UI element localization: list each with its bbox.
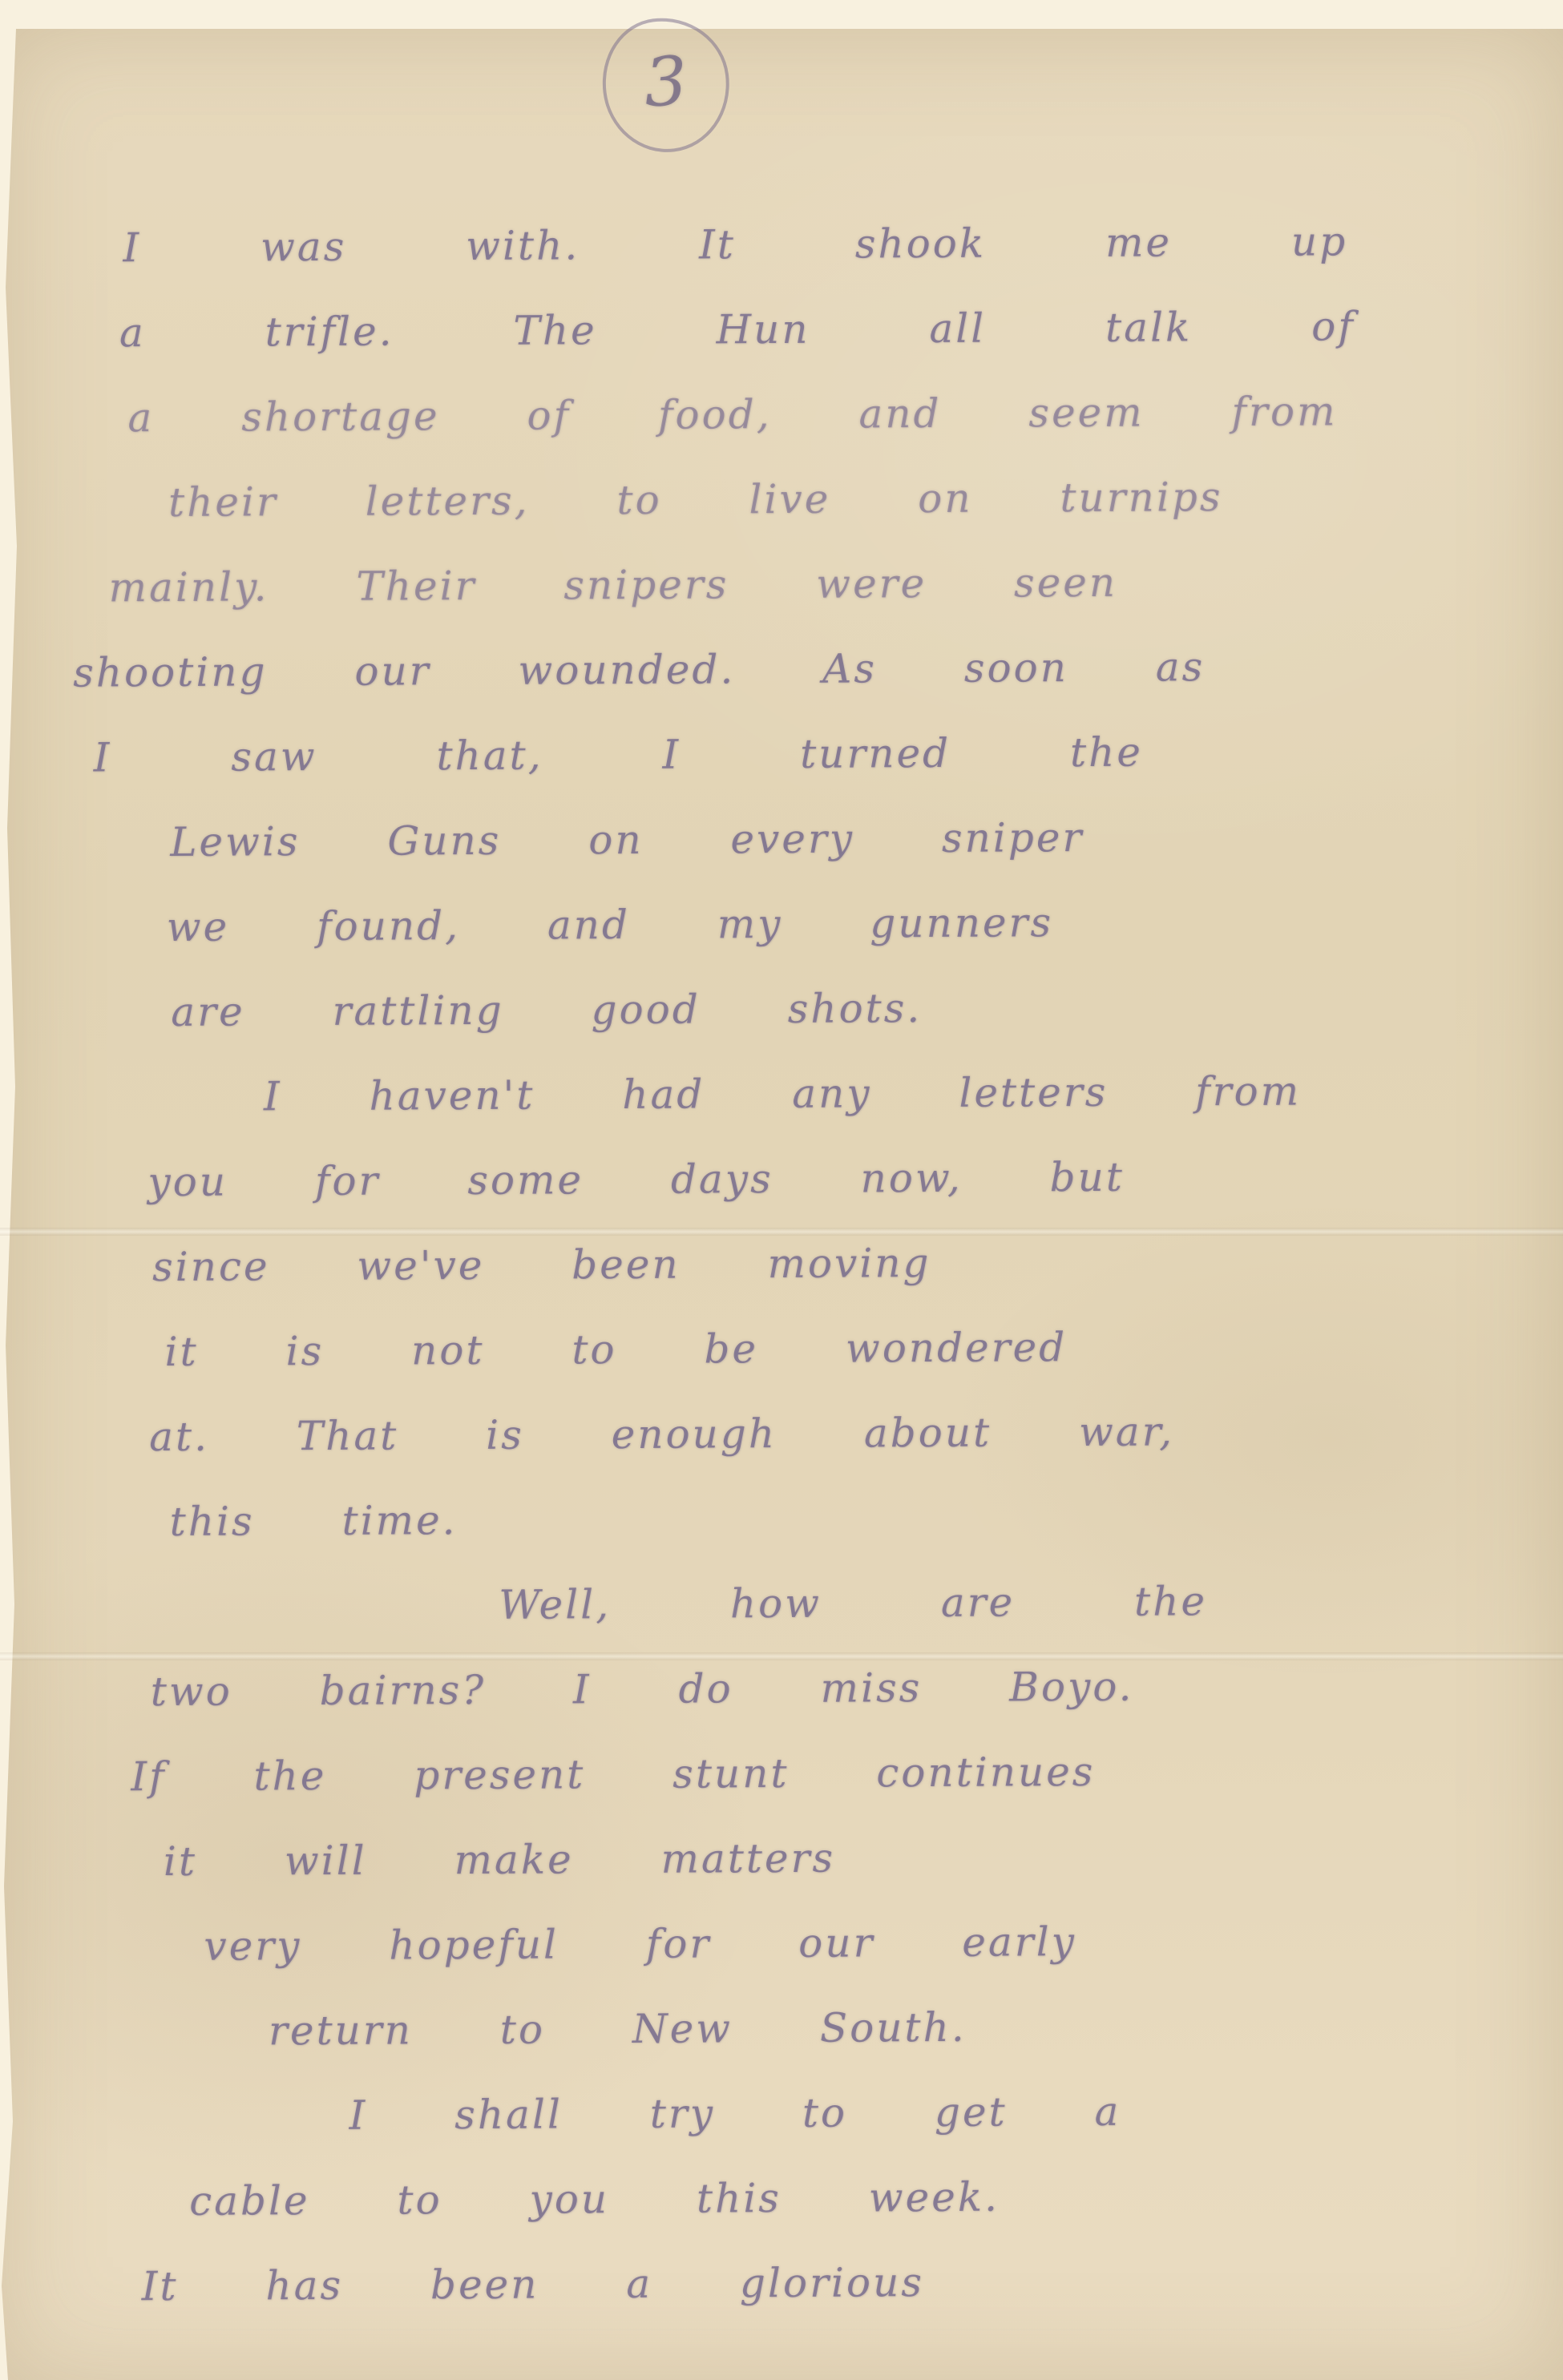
letter-line-2: a trifle. The Hun all talk of: [0, 283, 1558, 376]
letter-line-25: It has been a glorious: [5, 2237, 1563, 2330]
letter-line-12: you for some days now, but: [0, 1132, 1563, 1225]
letter-line-8: Lewis Guns on every sniper: [0, 793, 1561, 885]
letter-line-21: very hopeful for our early: [3, 1897, 1563, 1990]
letter-line-16: this time.: [1, 1472, 1563, 1565]
letter-line-14: it is not to be wondered: [0, 1302, 1563, 1395]
letter-line-7: I saw that, I turned the: [0, 708, 1561, 801]
letter-line-10: are rattling good shots.: [0, 962, 1562, 1055]
letter-line-18: two bairns? I do miss Boyo.: [2, 1642, 1563, 1735]
letter-line-9: we found, and my gunners: [0, 877, 1561, 970]
letter-line-11: I haven't had any letters from: [0, 1047, 1562, 1140]
letter-line-5: mainly. Their snipers were seen: [0, 538, 1560, 631]
letter-line-19: If the present stunt continues: [2, 1727, 1563, 1820]
page-number: 3: [643, 42, 690, 123]
letter-line-3: a shortage of food, and seem from: [0, 368, 1559, 461]
letter-line-23: I shall try to get a: [4, 2067, 1563, 2160]
letter-line-15: at. That is enough about war,: [1, 1387, 1563, 1480]
letter-body: I was with. It shook me up a trifle. The…: [0, 198, 1563, 2330]
letter-line-13: since we've been moving: [0, 1217, 1563, 1310]
letter-line-6: shooting our wounded. As soon as: [0, 623, 1560, 716]
letter-line-22: return to New South.: [4, 1982, 1563, 2075]
letter-line-4: their letters, to live on turnips: [0, 453, 1559, 546]
letter-line-24: cable to you this week.: [5, 2152, 1563, 2245]
letter-line-17: Well, how are the: [2, 1557, 1563, 1650]
letter-line-20: it will make matters: [3, 1812, 1563, 1905]
letter-line-1: I was with. It shook me up: [0, 198, 1558, 291]
